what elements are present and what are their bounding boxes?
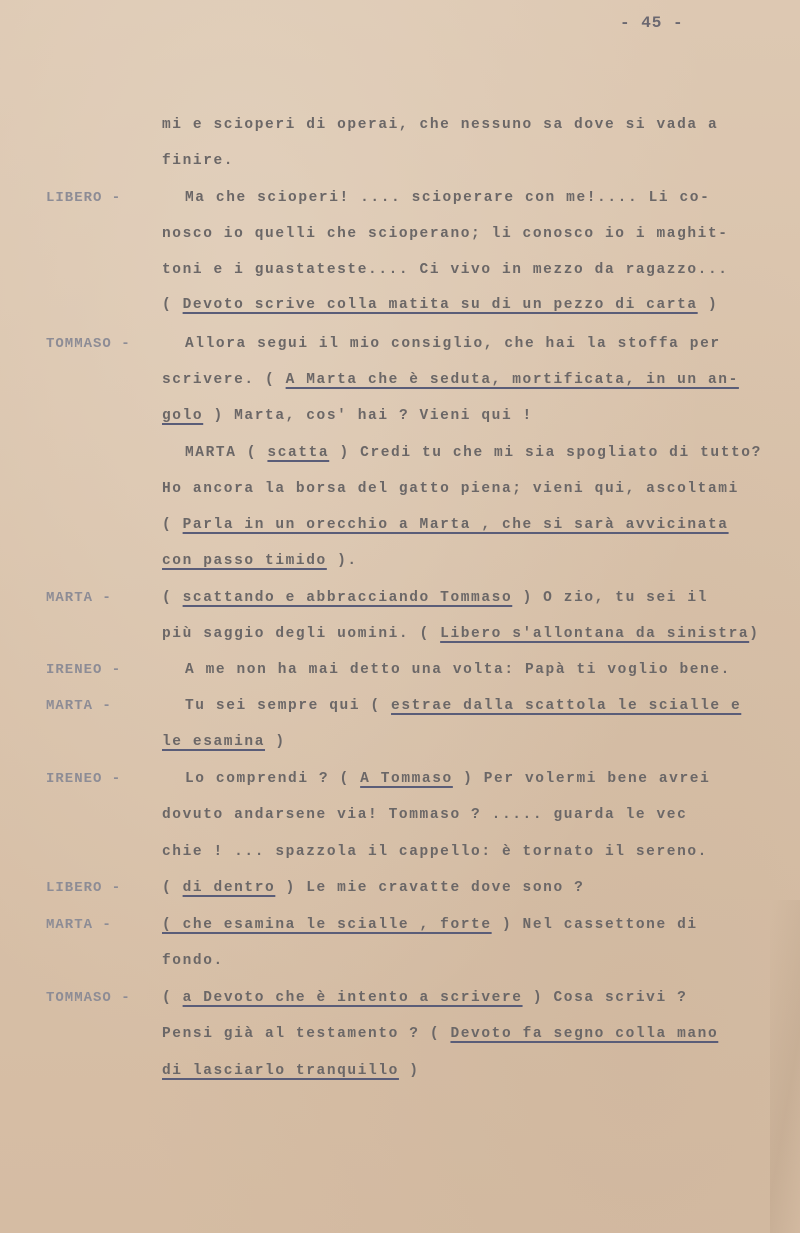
stage-direction: estrae dalla scattola le scialle e <box>391 698 741 714</box>
speaker-name: IRENEO - <box>46 662 156 678</box>
line-text: finire. <box>162 153 234 169</box>
dialogue-text: Ho ancora la borsa del gatto piena; vien… <box>162 481 739 497</box>
line-text: Lo comprendi ? ( A Tommaso ) Per volermi… <box>185 771 710 787</box>
dialogue-text: scrivere. ( <box>162 372 286 388</box>
dialogue-text: ( <box>162 517 183 533</box>
stage-direction: Parla in un orecchio a Marta , che si sa… <box>183 517 729 533</box>
line-text: ( di dentro ) Le mie cravatte dove sono … <box>162 880 584 896</box>
stage-direction: con passo timido <box>162 553 327 569</box>
stage-direction: A Tommaso <box>360 771 453 787</box>
speaker-name: MARTA - <box>46 590 156 606</box>
line-text: Tu sei sempre qui ( estrae dalla scattol… <box>185 698 741 714</box>
line-text: con passo timido ). <box>162 553 358 569</box>
line-text: scrivere. ( A Marta che è seduta, mortif… <box>162 372 739 388</box>
dialogue-text: Pensi già al testamento ? ( <box>162 1026 450 1042</box>
line-text: toni e i guastateste.... Ci vivo in mezz… <box>162 262 729 278</box>
dialogue-text: ) Marta, cos' hai ? Vieni qui ! <box>203 408 533 424</box>
line-text: chie ! ... spazzola il cappello: è torna… <box>162 844 708 860</box>
stage-direction: Devoto fa segno colla mano <box>450 1026 718 1042</box>
dialogue-text: Allora segui il mio consiglio, che hai l… <box>185 336 721 352</box>
dialogue-text: A me non ha mai detto una volta: Papà ti… <box>185 662 731 678</box>
page-number: - 45 - <box>620 14 684 32</box>
dialogue-text: ) Le mie cravatte dove sono ? <box>275 880 584 896</box>
line-text: fondo. <box>162 953 224 969</box>
line-text: ( a Devoto che è intento a scrivere ) Co… <box>162 990 687 1006</box>
dialogue-text: ) <box>399 1063 420 1079</box>
dialogue-text: ) Nel cassettone di <box>492 917 698 933</box>
line-text: ( scattando e abbracciando Tommaso ) O z… <box>162 590 708 606</box>
dialogue-text: ) <box>749 626 759 642</box>
dialogue-text: più saggio degli uomini. ( <box>162 626 440 642</box>
dialogue-text: Ma che scioperi! .... scioperare con me!… <box>185 190 710 206</box>
speaker-name: MARTA - <box>46 917 156 933</box>
stage-direction: di lasciarlo tranquillo <box>162 1063 399 1079</box>
dialogue-text: ( <box>162 297 183 313</box>
line-text: MARTA ( scatta ) Credi tu che mi sia spo… <box>185 445 762 461</box>
stage-direction: A Marta che è seduta, mortificata, in un… <box>286 372 739 388</box>
line-text: golo ) Marta, cos' hai ? Vieni qui ! <box>162 408 533 424</box>
line-text: Allora segui il mio consiglio, che hai l… <box>185 336 721 352</box>
stage-direction: a Devoto che è intento a scrivere <box>183 990 523 1006</box>
dialogue-text: Lo comprendi ? ( <box>185 771 360 787</box>
speaker-name: IRENEO - <box>46 771 156 787</box>
dialogue-text: ) <box>698 297 719 313</box>
dialogue-text: Tu sei sempre qui ( <box>185 698 391 714</box>
line-text: nosco io quelli che scioperano; li conos… <box>162 226 729 242</box>
dialogue-text: ) <box>265 734 286 750</box>
stage-direction: le esamina <box>162 734 265 750</box>
dialogue-text: ( <box>162 880 183 896</box>
line-text: ( Devoto scrive colla matita su di un pe… <box>162 297 718 313</box>
stage-direction: scattando e abbracciando Tommaso <box>183 590 513 606</box>
dialogue-text: finire. <box>162 153 234 169</box>
stage-direction: Devoto scrive colla matita su di un pezz… <box>183 297 698 313</box>
dialogue-text: toni e i guastateste.... Ci vivo in mezz… <box>162 262 729 278</box>
line-text: Pensi già al testamento ? ( Devoto fa se… <box>162 1026 718 1042</box>
speaker-name: LIBERO - <box>46 190 156 206</box>
dialogue-text: ) Per volermi bene avrei <box>453 771 711 787</box>
stage-direction: golo <box>162 408 203 424</box>
line-text: ( che esamina le scialle , forte ) Nel c… <box>162 917 698 933</box>
dialogue-text: fondo. <box>162 953 224 969</box>
dialogue-text: nosco io quelli che scioperano; li conos… <box>162 226 729 242</box>
line-text: mi e scioperi di operai, che nessuno sa … <box>162 117 718 133</box>
dialogue-text: mi e scioperi di operai, che nessuno sa … <box>162 117 718 133</box>
dialogue-text: ). <box>327 553 358 569</box>
dialogue-text: dovuto andarsene via! Tommaso ? ..... gu… <box>162 807 687 823</box>
speaker-name: TOMMASO - <box>46 990 156 1006</box>
dialogue-text: ( <box>162 590 183 606</box>
line-text: Ho ancora la borsa del gatto piena; vien… <box>162 481 739 497</box>
speaker-name: LIBERO - <box>46 880 156 896</box>
dialogue-text: chie ! ... spazzola il cappello: è torna… <box>162 844 708 860</box>
dialogue-text: MARTA ( <box>185 445 267 461</box>
speaker-name: TOMMASO - <box>46 336 156 352</box>
speaker-name: MARTA - <box>46 698 156 714</box>
line-text: A me non ha mai detto una volta: Papà ti… <box>185 662 731 678</box>
line-text: ( Parla in un orecchio a Marta , che si … <box>162 517 729 533</box>
dialogue-text: ( <box>162 990 183 1006</box>
dialogue-text: ) Cosa scrivi ? <box>523 990 688 1006</box>
line-text: dovuto andarsene via! Tommaso ? ..... gu… <box>162 807 687 823</box>
stage-direction: scatta <box>267 445 329 461</box>
typewritten-page: - 45 - mi e scioperi di operai, che ness… <box>0 0 800 1233</box>
dialogue-text: ) Credi tu che mi sia spogliato di tutto… <box>329 445 762 461</box>
stage-direction: Libero s'allontana da sinistra <box>440 626 749 642</box>
stage-direction: di dentro <box>183 880 276 896</box>
line-text: più saggio degli uomini. ( Libero s'allo… <box>162 626 760 642</box>
line-text: di lasciarlo tranquillo ) <box>162 1063 420 1079</box>
line-text: le esamina ) <box>162 734 286 750</box>
dialogue-text: ) O zio, tu sei il <box>512 590 708 606</box>
line-text: Ma che scioperi! .... scioperare con me!… <box>185 190 710 206</box>
stage-direction: ( che esamina le scialle , forte <box>162 917 492 933</box>
